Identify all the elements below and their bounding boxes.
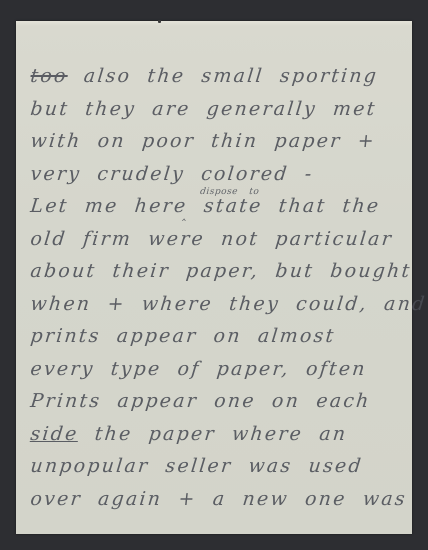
text-line-6: old firm were not particular [28, 228, 403, 261]
line-text: the paper where an [77, 423, 348, 445]
text-line-7: about their paper, but bought [28, 260, 403, 293]
line-text: Prints appear one on each [29, 390, 371, 412]
text-line-12: side the paper where an [28, 423, 403, 456]
text-line-9: prints appear on almost [28, 325, 403, 358]
text-line-13: unpopular seller was used [28, 455, 403, 488]
line-text: about their paper, but bought [29, 260, 412, 282]
line-text: unpopular seller was used [29, 455, 364, 477]
handwritten-text: too also the small sporting but they are… [30, 65, 402, 520]
interlinear-insertion: dispose to [199, 187, 259, 197]
text-line-10: every type of paper, often [28, 358, 403, 391]
line-text-before-insertion: Let me here [29, 195, 188, 217]
text-line-11: Prints appear one on each [28, 390, 403, 423]
text-line-2: but they are generally met [28, 98, 403, 131]
text-line-14: over again + a new one was [28, 488, 403, 521]
insertion-caret-icon: ‸ [182, 207, 190, 221]
underlined-word: side [29, 423, 79, 445]
line-text: over again + a new one was [29, 488, 408, 510]
text-line-3: with on poor thin paper + [28, 130, 403, 163]
text-line-5: Let me here‸dispose to state that the [28, 195, 403, 228]
line-text: but they are generally met [29, 98, 377, 120]
line-text-after-insertion: state that the [203, 195, 382, 217]
letter-page: too also the small sporting but they are… [16, 21, 412, 534]
line-text: prints appear on almost [29, 325, 336, 347]
paper-mark [158, 20, 161, 23]
line-text: every type of paper, often [29, 358, 367, 380]
line-text: very crudely colored - [29, 163, 314, 185]
line-text: also the small sporting [67, 65, 380, 87]
line-text: with on poor thin paper + [29, 130, 377, 152]
text-line-1: too also the small sporting [28, 65, 403, 98]
line-text: when + where they could, and [29, 293, 427, 315]
line-text: old firm were not particular [29, 228, 394, 250]
text-line-8: when + where they could, and [28, 293, 403, 326]
struck-word: too [29, 65, 68, 87]
